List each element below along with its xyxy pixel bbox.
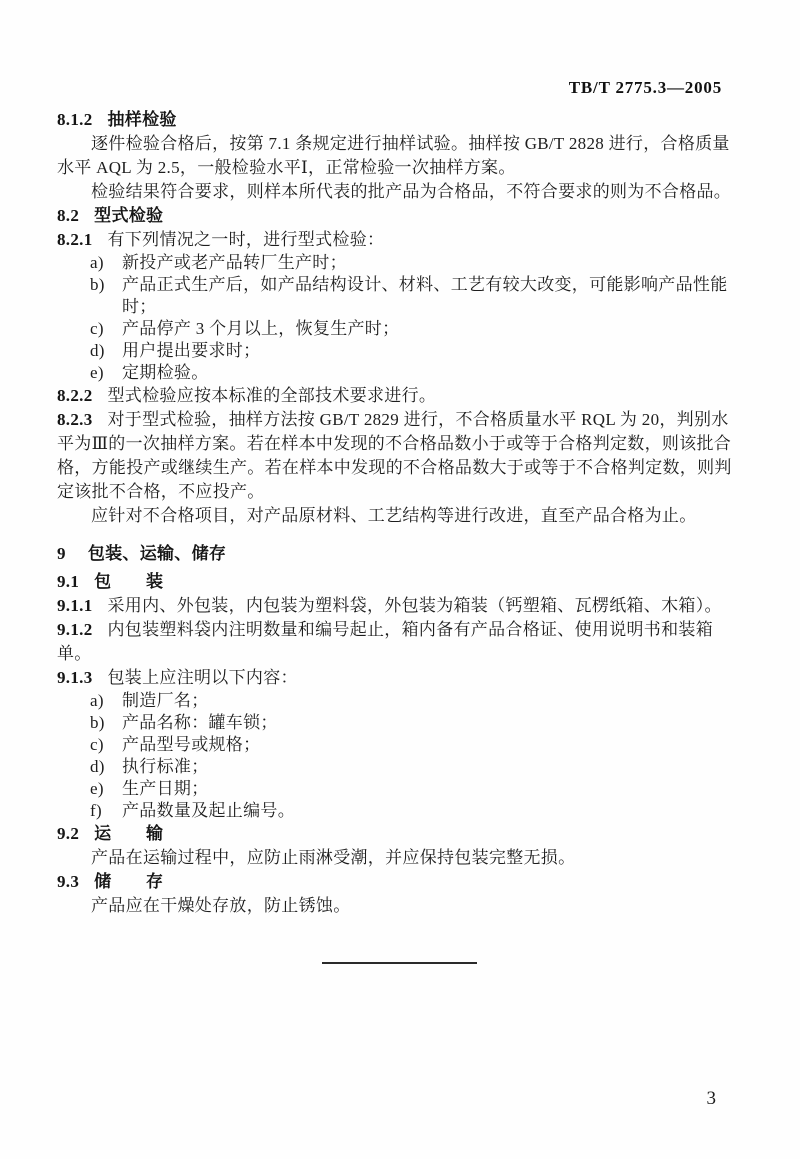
list-item: f)产品数量及起止编号。: [57, 800, 742, 822]
list-text: 执行标准；: [122, 756, 209, 778]
clause-number: 9.1.3: [57, 668, 93, 687]
list-marker: b): [90, 274, 122, 318]
end-of-text-divider: [322, 962, 477, 964]
list-text: 用户提出要求时；: [122, 340, 260, 362]
chapter-number: 9: [57, 544, 66, 563]
list-8-2-1: a)新投产或老产品转厂生产时； b)产品正式生产后，如产品结构设计、材料、工艺有…: [57, 252, 742, 384]
paragraph: 应针对不合格项目，对产品原材料、工艺结构等进行改进，直至产品合格为止。: [57, 504, 742, 528]
chapter-title: 包装、运输、储存: [88, 544, 226, 563]
section-title: 储 存: [94, 872, 163, 891]
clause-text: 有下列情况之一时，进行型式检验：: [108, 230, 385, 249]
list-marker: e): [90, 362, 122, 384]
section-title: 型式检验: [94, 206, 163, 225]
clause-8-2-1: 8.2.1有下列情况之一时，进行型式检验：: [57, 228, 742, 252]
list-text: 产品正式生产后，如产品结构设计、材料、工艺有较大改变，可能影响产品性能时；: [122, 274, 742, 318]
page-number: 3: [707, 1088, 717, 1110]
clause-number: 8.2.3: [57, 410, 93, 429]
list-item: b)产品正式生产后，如产品结构设计、材料、工艺有较大改变，可能影响产品性能时；: [57, 274, 742, 318]
clause-text: 采用内、外包装，内包装为塑料袋，外包装为箱装（钙塑箱、瓦楞纸箱、木箱）。: [108, 596, 722, 615]
paragraph: 逐件检验合格后，按第 7.1 条规定进行抽样试验。抽样按 GB/T 2828 进…: [57, 132, 742, 180]
clause-number: 8.2.1: [57, 230, 93, 249]
clause-text: 内包装塑料袋内注明数量和编号起止，箱内备有产品合格证、使用说明书和装箱单。: [57, 620, 713, 663]
list-text: 定期检验。: [122, 362, 209, 384]
clause-text: 包装上应注明以下内容：: [108, 668, 298, 687]
list-marker: b): [90, 712, 122, 734]
section-title: 运 输: [94, 824, 163, 843]
list-marker: d): [90, 756, 122, 778]
section-title: 抽样检验: [108, 110, 177, 129]
section-heading-9-2: 9.2运 输: [57, 822, 742, 846]
section-number: 9.3: [57, 872, 79, 891]
paragraph: 产品应在干燥处存放，防止锈蚀。: [57, 894, 742, 918]
list-item: c)产品停产 3 个月以上，恢复生产时；: [57, 318, 742, 340]
list-marker: c): [90, 318, 122, 340]
list-text: 制造厂名；: [122, 690, 209, 712]
section-heading-8-1-2: 8.1.2抽样检验: [57, 108, 742, 132]
list-text: 产品停产 3 个月以上，恢复生产时；: [122, 318, 399, 340]
list-marker: e): [90, 778, 122, 800]
document-content: TB/T 2775.3—2005 8.1.2抽样检验 逐件检验合格后，按第 7.…: [0, 0, 800, 964]
section-number: 8.2: [57, 206, 79, 225]
list-text: 生产日期；: [122, 778, 209, 800]
list-text: 产品数量及起止编号。: [122, 800, 295, 822]
paragraph: 检验结果符合要求，则样本所代表的批产品为合格品，不符合要求的则为不合格品。: [57, 180, 742, 204]
list-marker: a): [90, 252, 122, 274]
clause-9-1-2: 9.1.2内包装塑料袋内注明数量和编号起止，箱内备有产品合格证、使用说明书和装箱…: [57, 618, 742, 666]
list-item: c)产品型号或规格；: [57, 734, 742, 756]
list-item: a)新投产或老产品转厂生产时；: [57, 252, 742, 274]
clause-number: 8.2.2: [57, 386, 93, 405]
section-number: 8.1.2: [57, 110, 93, 129]
section-number: 9.2: [57, 824, 79, 843]
section-number: 9.1: [57, 572, 79, 591]
standard-code: TB/T 2775.3—2005: [57, 76, 742, 100]
section-heading-8-2: 8.2型式检验: [57, 204, 742, 228]
chapter-heading-9: 9包装、运输、储存: [57, 542, 742, 566]
clause-9-1-1: 9.1.1采用内、外包装，内包装为塑料袋，外包装为箱装（钙塑箱、瓦楞纸箱、木箱）…: [57, 594, 742, 618]
list-marker: f): [90, 800, 122, 822]
clause-9-1-3: 9.1.3包装上应注明以下内容：: [57, 666, 742, 690]
clause-8-2-2: 8.2.2型式检验应按本标准的全部技术要求进行。: [57, 384, 742, 408]
section-heading-9-1: 9.1包 装: [57, 570, 742, 594]
clause-number: 9.1.1: [57, 596, 93, 615]
list-text: 新投产或老产品转厂生产时；: [122, 252, 347, 274]
clause-text: 对于型式检验，抽样方法按 GB/T 2829 进行，不合格质量水平 RQL 为 …: [57, 410, 732, 501]
list-item: a)制造厂名；: [57, 690, 742, 712]
section-heading-9-3: 9.3储 存: [57, 870, 742, 894]
list-text: 产品型号或规格；: [122, 734, 260, 756]
list-marker: c): [90, 734, 122, 756]
clause-number: 9.1.2: [57, 620, 93, 639]
list-marker: a): [90, 690, 122, 712]
list-9-1-3: a)制造厂名； b)产品名称：罐车锁； c)产品型号或规格； d)执行标准； e…: [57, 690, 742, 822]
paragraph: 产品在运输过程中，应防止雨淋受潮，并应保持包装完整无损。: [57, 846, 742, 870]
list-item: e)生产日期；: [57, 778, 742, 800]
list-marker: d): [90, 340, 122, 362]
list-item: e)定期检验。: [57, 362, 742, 384]
document-page: TB/T 2775.3—2005 8.1.2抽样检验 逐件检验合格后，按第 7.…: [0, 0, 800, 1159]
clause-text: 型式检验应按本标准的全部技术要求进行。: [108, 386, 437, 405]
section-title: 包 装: [94, 572, 163, 591]
list-text: 产品名称：罐车锁；: [122, 712, 278, 734]
clause-8-2-3: 8.2.3对于型式检验，抽样方法按 GB/T 2829 进行，不合格质量水平 R…: [57, 408, 742, 504]
list-item: d)执行标准；: [57, 756, 742, 778]
list-item: b)产品名称：罐车锁；: [57, 712, 742, 734]
list-item: d)用户提出要求时；: [57, 340, 742, 362]
